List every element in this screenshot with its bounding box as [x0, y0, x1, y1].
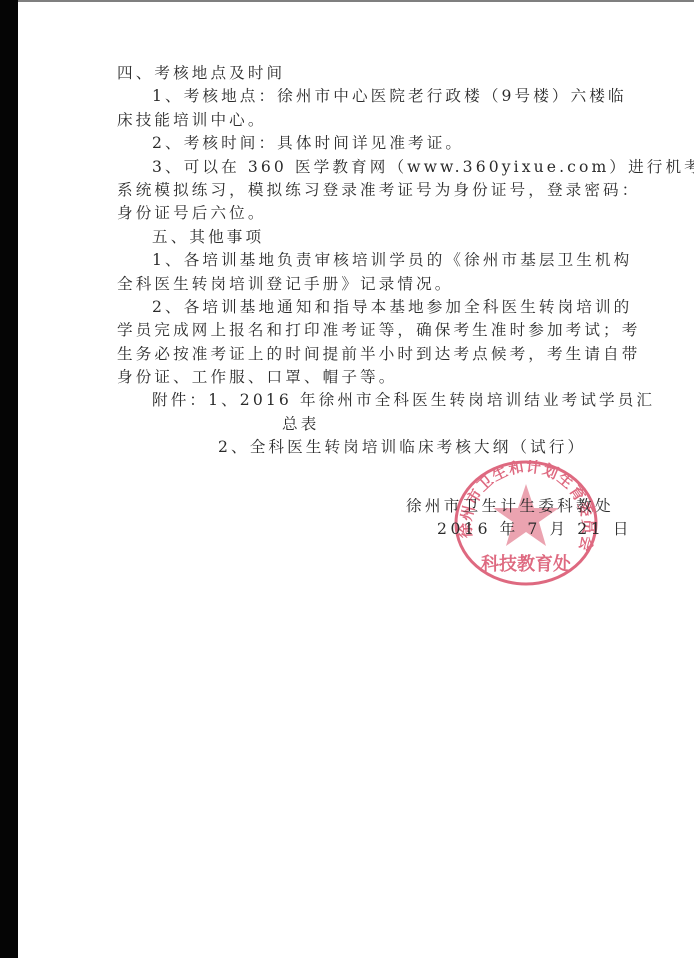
- signature-date: 2016 年 7 月 21 日: [437, 518, 632, 540]
- text-line: 附件：1、2016 年徐州市全科医生转岗培训结业考试学员汇: [117, 389, 597, 412]
- text-line: 身份证、工作服、口罩、帽子等。: [117, 366, 597, 389]
- section-heading: 四、考核地点及时间: [117, 62, 597, 85]
- text-line: 2、各培训基地通知和指导本基地参加全科医生转岗培训的: [117, 296, 597, 319]
- text-line: 2、全科医生转岗培训临床考核大纲（试行）: [117, 436, 597, 459]
- text-line: 系统模拟练习，模拟练习登录准考证号为身份证号，登录密码：: [117, 179, 597, 202]
- text-line: 全科医生转岗培训登记手册》记录情况。: [117, 273, 597, 296]
- text-line: 床技能培训中心。: [117, 109, 597, 132]
- text-line: 1、各培训基地负责审核培训学员的《徐州市基层卫生机构: [117, 249, 597, 272]
- text-line: 2、考核时间：具体时间详见准考证。: [117, 132, 597, 155]
- signature-organization: 徐州市卫生计生委科教处: [406, 495, 614, 517]
- stamp-inner-text: 科技教育处: [481, 553, 571, 575]
- scan-border-top: [18, 0, 694, 2]
- text-line: 身份证号后六位。: [117, 202, 597, 225]
- text-line: 3、可以在 360 医学教育网（www.360yixue.com）进行机考: [117, 156, 597, 179]
- text-line: 1、考核地点：徐州市中心医院老行政楼（9号楼）六楼临: [117, 85, 597, 108]
- text-line: 学员完成网上报名和打印准考证等，确保考生准时参加考试；考: [117, 319, 597, 342]
- text-line: 五、其他事项: [117, 226, 597, 249]
- text-line: 生务必按准考证上的时间提前半小时到达考点候考，考生请自带: [117, 343, 597, 366]
- document-body: 四、考核地点及时间1、考核地点：徐州市中心医院老行政楼（9号楼）六楼临床技能培训…: [117, 62, 597, 460]
- text-line: 总表: [117, 413, 597, 436]
- scan-border-left: [0, 0, 18, 958]
